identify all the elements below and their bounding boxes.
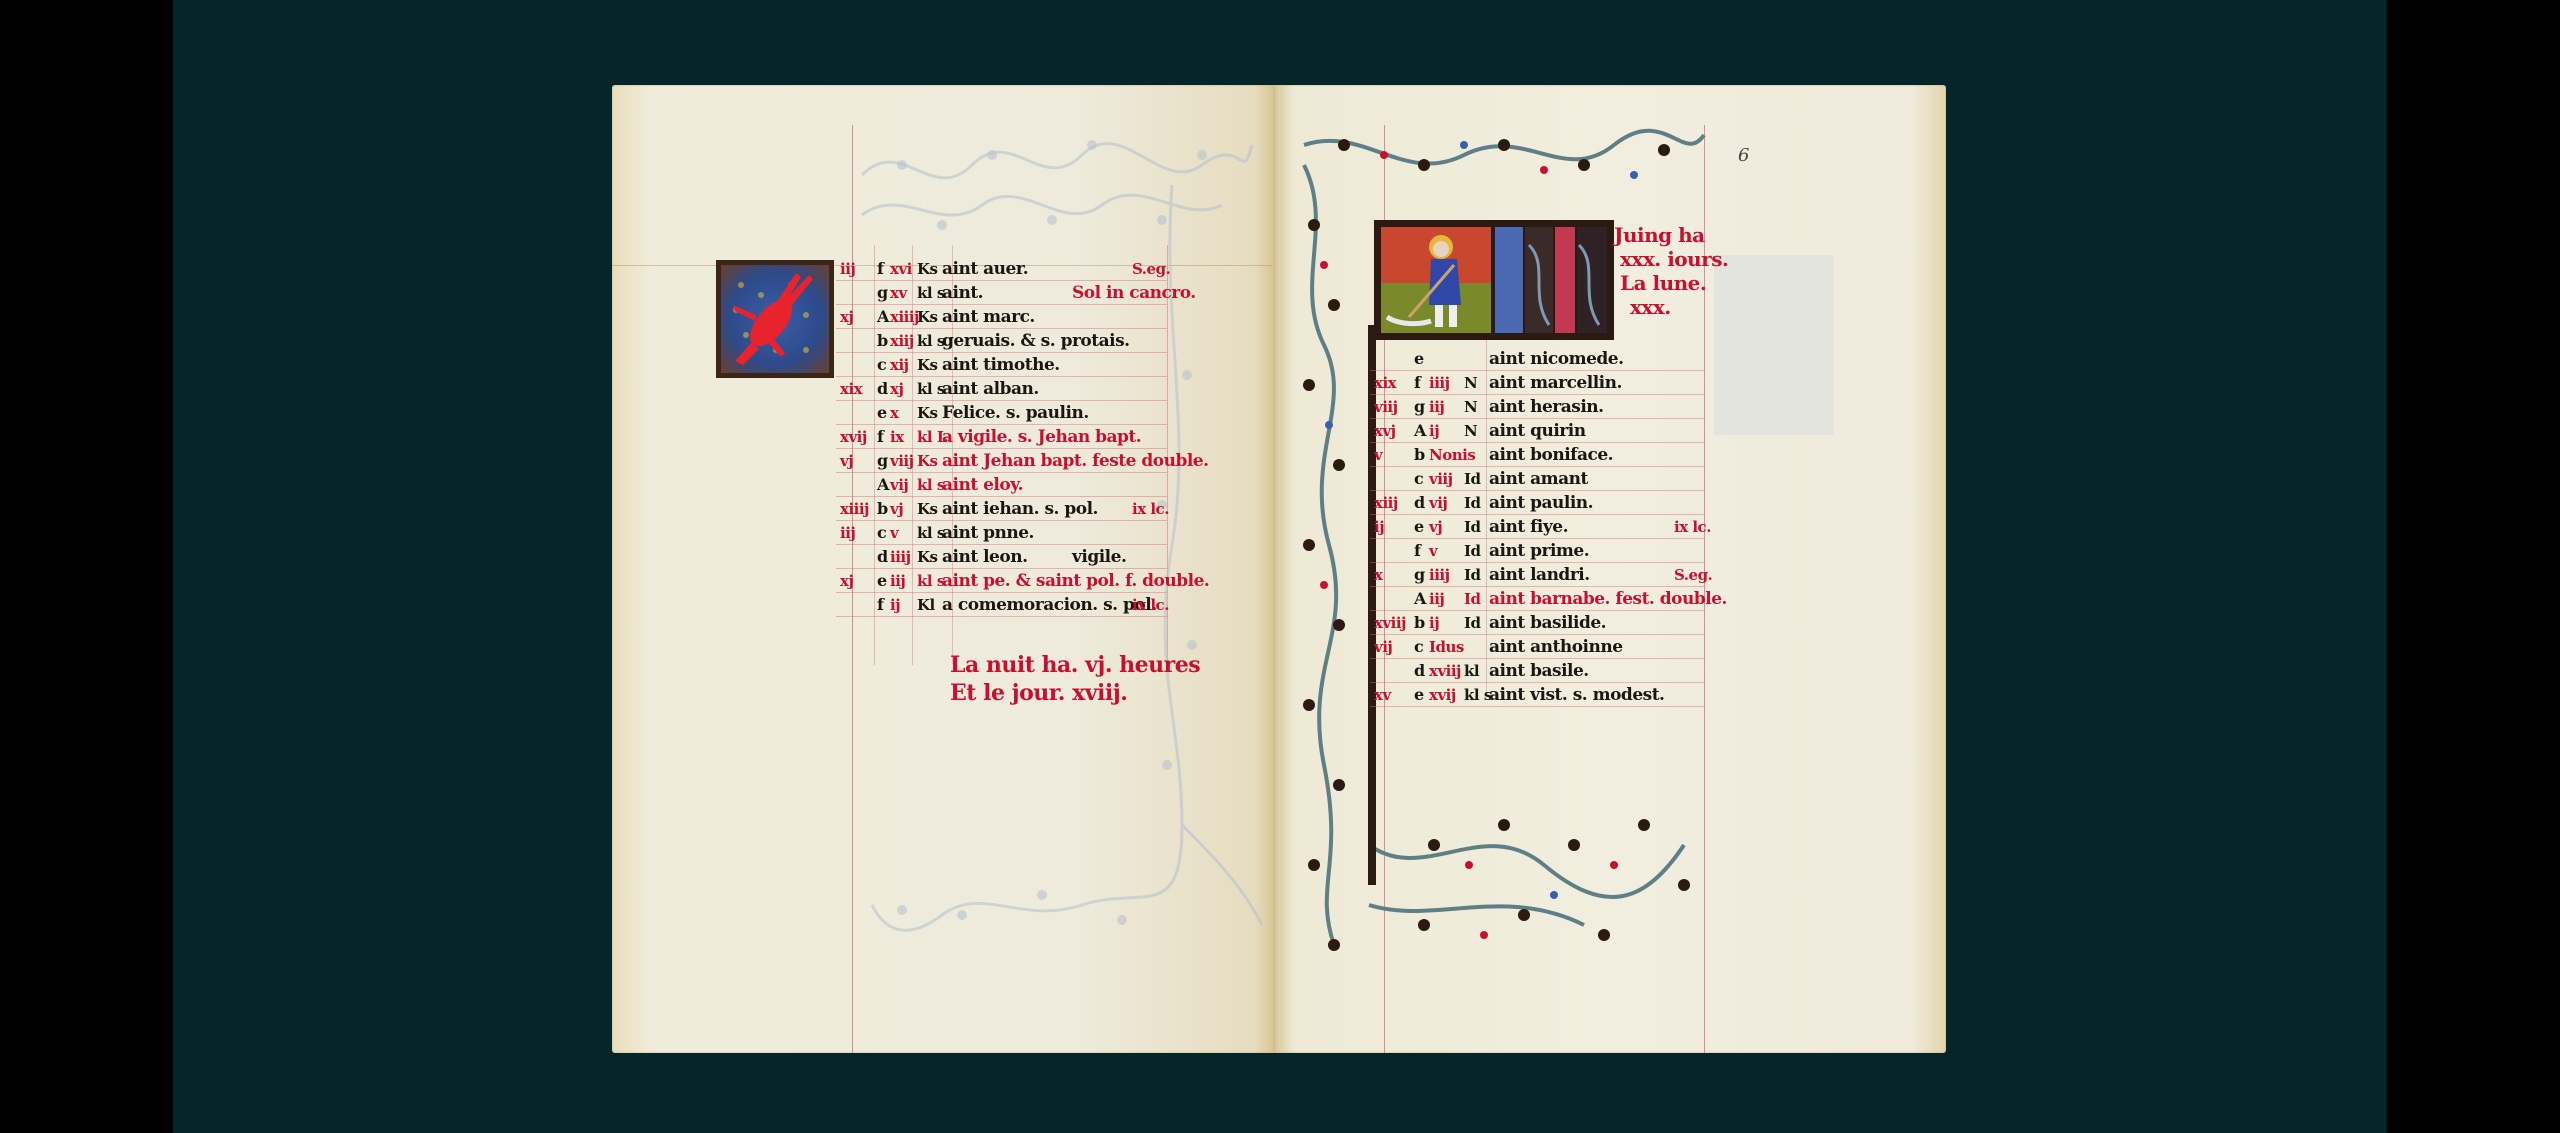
left-page: iijfxviKsaint auer.S.eg.gxvkl saint.Sol … (612, 85, 1274, 1053)
roman-day: v (890, 521, 898, 545)
saint-entry: aint barnabe. fest. double. (1489, 587, 1727, 611)
kalends-mark: Ks (917, 353, 937, 377)
dominical-letter: e (877, 569, 887, 593)
saint-entry: aint iehan. s. pol. (942, 497, 1098, 521)
golden-number: v (1374, 443, 1382, 467)
kalends-mark: kl s (917, 521, 945, 545)
saint-entry: aint marc. (942, 305, 1035, 329)
roman-day: iij (1429, 587, 1444, 611)
roman-day: viij (1429, 467, 1453, 491)
golden-number: xj (840, 569, 853, 593)
golden-number: viij (1374, 395, 1398, 419)
roman-day: xvij (1429, 683, 1456, 707)
margin-note: S.eg. (1674, 563, 1712, 587)
kalends-mark: Id (1464, 563, 1481, 587)
golden-number: xv (1374, 683, 1391, 707)
dominical-letter: A (1414, 419, 1426, 443)
roman-day: ij (890, 593, 900, 617)
kalends-mark: kl s (917, 329, 945, 353)
roman-day: Nonis (1429, 443, 1475, 467)
saint-entry: aint anthoinne (1489, 635, 1623, 659)
kalends-mark: Ks (917, 257, 937, 281)
roman-day: vj (890, 497, 903, 521)
entry-extra: Sol in cancro. (1072, 281, 1196, 305)
saint-entry: aint vist. s. modest. (1489, 683, 1664, 707)
golden-number: xiiij (840, 497, 869, 521)
saint-entry: aint alban. (942, 377, 1039, 401)
roman-day: v (1429, 539, 1437, 563)
kalends-mark: Id (1464, 491, 1481, 515)
dominical-letter: d (1414, 659, 1425, 683)
golden-number: ij (1374, 515, 1384, 539)
cancer-zodiac-miniature (716, 260, 834, 378)
dominical-letter: e (1414, 515, 1424, 539)
night-hours-line: La nuit ha. vj. heures (950, 653, 1200, 677)
golden-number: xiij (1374, 491, 1398, 515)
dominical-letter: f (877, 425, 883, 449)
kalends-mark: kl s (917, 473, 945, 497)
saint-entry: aint basile. (1489, 659, 1589, 683)
saint-entry: a vigile. s. Jehan bapt. (942, 425, 1141, 449)
roman-day: vij (890, 473, 908, 497)
dominical-letter: c (877, 521, 886, 545)
dominical-letter: g (877, 449, 888, 473)
dominical-letter: A (1414, 587, 1426, 611)
saint-entry: a comemoracion. s. pol. (942, 593, 1157, 617)
show-through-miniature (1714, 255, 1834, 435)
saint-entry: aint nicomede. (1489, 347, 1624, 371)
kalends-mark: N (1464, 371, 1477, 395)
dominical-letter: d (1414, 491, 1425, 515)
dominical-letter: g (1414, 563, 1425, 587)
mower-scene-icon (1379, 225, 1609, 335)
roman-day: xiij (890, 329, 914, 353)
roman-day: ix (890, 425, 904, 449)
saint-entry: aint eloy. (942, 473, 1023, 497)
saint-entry: aint fiye. (1489, 515, 1568, 539)
golden-number: xix (1374, 371, 1396, 395)
kalends-mark: Ks (917, 305, 937, 329)
saint-entry: aint basilide. (1489, 611, 1606, 635)
saint-entry: aint prime. (1489, 539, 1589, 563)
roman-day: Idus (1429, 635, 1464, 659)
folio-number: 6 (1738, 145, 1749, 166)
golden-number: x (1374, 563, 1382, 587)
golden-number: xvij (840, 425, 867, 449)
saint-entry: aint marcellin. (1489, 371, 1622, 395)
saint-entry: aint. (942, 281, 983, 305)
june-mower-miniature (1374, 220, 1614, 340)
dominical-letter: b (1414, 611, 1425, 635)
dominical-letter: e (1414, 347, 1424, 371)
roman-day: iiij (1429, 563, 1450, 587)
kalends-mark: Id (1464, 539, 1481, 563)
dominical-letter: d (877, 545, 888, 569)
roman-day: xj (890, 377, 903, 401)
month-header-line: xxx. iours. (1620, 247, 1728, 271)
dominical-letter: b (877, 329, 888, 353)
saint-entry: aint landri. (1489, 563, 1590, 587)
dominical-letter: f (1414, 371, 1420, 395)
golden-number: xviij (1374, 611, 1406, 635)
dominical-letter: c (1414, 635, 1423, 659)
margin-note: ix lc. (1132, 497, 1169, 521)
roman-day: iij (1429, 395, 1444, 419)
dominical-letter: f (877, 257, 883, 281)
dominical-letter: b (877, 497, 888, 521)
roman-day: ij (1429, 611, 1439, 635)
kalends-mark: Kl (917, 593, 935, 617)
golden-number: iij (840, 257, 855, 281)
roman-day: vij (1429, 491, 1447, 515)
kalends-mark: Id (1464, 611, 1481, 635)
kalends-mark: kl s (917, 281, 945, 305)
margin-note: ix lc. (1674, 515, 1711, 539)
roman-day: xij (890, 353, 909, 377)
saint-entry: aint quirin (1489, 419, 1586, 443)
kalends-mark: Ks (917, 497, 937, 521)
roman-day: xviij (1429, 659, 1461, 683)
dominical-letter: b (1414, 443, 1425, 467)
roman-day: ij (1429, 419, 1439, 443)
golden-number: iij (840, 521, 855, 545)
roman-day: xiiij (890, 305, 919, 329)
kalends-mark: Ks (917, 545, 937, 569)
saint-entry: aint leon. (942, 545, 1028, 569)
golden-number: xj (840, 305, 853, 329)
dominical-letter: c (877, 353, 886, 377)
saint-entry: Felice. s. paulin. (942, 401, 1089, 425)
golden-number: xvj (1374, 419, 1396, 443)
kalends-mark: Id (1464, 515, 1481, 539)
saint-entry: aint Jehan bapt. feste double. (942, 449, 1209, 473)
roman-day: iiij (1429, 371, 1450, 395)
month-header-line: La lune. (1620, 271, 1706, 295)
kalends-mark: kl s (1464, 683, 1492, 707)
kalends-mark: Ks (917, 401, 937, 425)
saint-entry: aint timothe. (942, 353, 1060, 377)
kalends-mark: Id (1464, 467, 1481, 491)
saint-entry: aint boniface. (1489, 443, 1613, 467)
saint-entry: aint auer. (942, 257, 1028, 281)
saint-entry: aint amant (1489, 467, 1588, 491)
golden-number: vij (1374, 635, 1392, 659)
kalends-mark: N (1464, 419, 1477, 443)
saint-entry: aint pe. & saint pol. f. double. (942, 569, 1209, 593)
dominical-letter: f (877, 593, 883, 617)
kalends-mark: Ks (917, 449, 937, 473)
roman-day: xv (890, 281, 907, 305)
roman-day: xvi (890, 257, 912, 281)
roman-day: iiij (890, 545, 911, 569)
entry-extra: vigile. (1072, 545, 1126, 569)
golden-number: xix (840, 377, 862, 401)
kalends-mark: Id (1464, 587, 1481, 611)
saint-entry: aint herasin. (1489, 395, 1604, 419)
dominical-letter: d (877, 377, 888, 401)
saint-entry: aint paulin. (1489, 491, 1593, 515)
dominical-letter: e (877, 401, 887, 425)
roman-day: vj (1429, 515, 1442, 539)
roman-day: x (890, 401, 898, 425)
roman-day: iij (890, 569, 905, 593)
kalends-mark: kl s (917, 377, 945, 401)
month-header-line: Juing ha (1614, 223, 1705, 247)
dominical-letter: f (1414, 539, 1420, 563)
roman-day: viij (890, 449, 914, 473)
month-header-line: xxx. (1630, 295, 1671, 319)
crayfish-icon (721, 265, 829, 373)
kalends-mark: kl (1464, 659, 1479, 683)
kalends-mark: kl s (917, 569, 945, 593)
kalends-mark: N (1464, 395, 1477, 419)
day-hours-line: Et le jour. xviij. (950, 681, 1127, 705)
margin-note: S.eg. (1132, 257, 1170, 281)
dominical-letter: g (877, 281, 888, 305)
dominical-letter: A (877, 473, 889, 497)
golden-number: vj (840, 449, 853, 473)
dominical-letter: g (1414, 395, 1425, 419)
right-page: 6 (1274, 85, 1946, 1053)
saint-entry: geruais. & s. protais. (942, 329, 1130, 353)
dominical-letter: c (1414, 467, 1423, 491)
dominical-letter: A (877, 305, 889, 329)
saint-entry: aint pnne. (942, 521, 1034, 545)
dominical-letter: e (1414, 683, 1424, 707)
margin-note: ix lc. (1132, 593, 1169, 617)
